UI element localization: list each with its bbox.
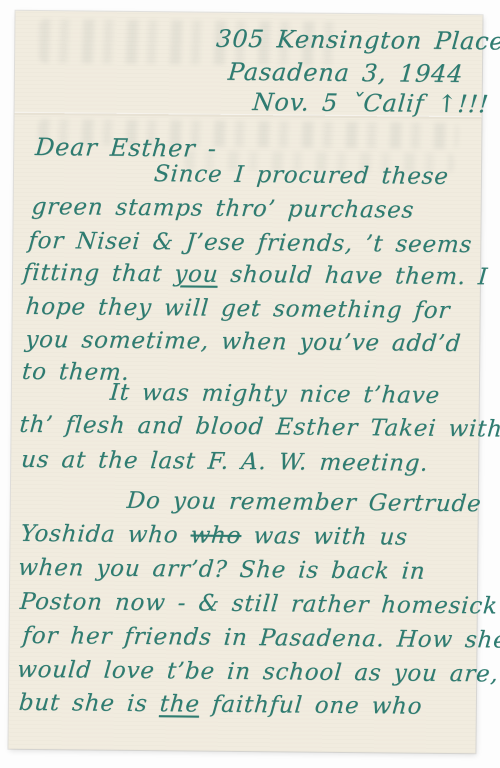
body-line-4-segment: you	[173, 261, 219, 287]
body-line-12-segment: was with us	[240, 523, 409, 551]
body-line-2-segment: green stamps thro’ purchases	[31, 194, 416, 224]
body-line-6: you sometime, when you’ve add’d	[24, 327, 462, 357]
body-line-17: but she is the faithful one who	[18, 690, 424, 720]
body-line-16: would love t’be in school as you are,	[16, 657, 499, 688]
body-line-16-segment: would love t’be in school as you are,	[16, 657, 499, 688]
body-line-6-segment: you sometime, when you’ve add’d	[24, 327, 462, 357]
body-line-11-segment: Do you remember Gertrude	[126, 488, 483, 517]
body-line-14: Poston now - & still rather homesick	[19, 589, 499, 620]
body-line-8: It was mighty nice t’have	[109, 380, 441, 409]
body-line-10: us at the last F. A. W. meeting.	[20, 447, 429, 477]
body-line-11: Do you remember Gertrude	[126, 488, 483, 517]
address-line-1: 305 Kensington Place	[215, 25, 500, 56]
letter-paper: 305 Kensington PlacePasadena 3, 1944Nov.…	[8, 11, 482, 753]
body-line-10-segment: us at the last F. A. W. meeting.	[20, 447, 429, 477]
body-line-17-segment: but she is	[18, 690, 161, 717]
body-line-12-segment: who	[190, 522, 243, 548]
body-line-17-segment: faithful one who	[199, 692, 424, 720]
body-line-15-segment: for her friends in Pasadena. How she	[22, 623, 500, 654]
letter-body: 305 Kensington PlacePasadena 3, 1944Nov.…	[16, 11, 483, 15]
date-line-segment: Nov. 5 ˇCalif ↑!!!	[252, 88, 491, 118]
body-line-4-segment: should have them. I	[217, 262, 489, 291]
scanned-letter-scene: 305 Kensington PlacePasadena 3, 1944Nov.…	[0, 0, 500, 768]
body-line-5: hope they will get something for	[25, 294, 452, 324]
body-line-8-segment: It was mighty nice t’have	[109, 380, 441, 409]
body-line-2: green stamps thro’ purchases	[31, 194, 416, 224]
address-line-2-segment: Pasadena 3, 1944	[227, 58, 465, 88]
salutation: Dear Esther -	[34, 133, 218, 163]
body-line-3-segment: for Nisei & J’ese friends, ’t seems	[27, 228, 473, 258]
body-line-4-segment: fitting that	[22, 260, 175, 287]
body-line-9: th’ flesh and blood Esther Takei with	[19, 412, 500, 443]
body-line-17-segment: the	[159, 691, 201, 717]
address-line-2: Pasadena 3, 1944	[227, 58, 465, 88]
body-line-1: Since I procured these	[153, 161, 450, 190]
body-line-15: for her friends in Pasadena. How she	[22, 623, 500, 654]
body-line-1-segment: Since I procured these	[153, 161, 450, 190]
body-line-5-segment: hope they will get something for	[25, 294, 452, 324]
body-line-4: fitting that you should have them. I	[22, 260, 489, 290]
salutation-segment: Dear Esther -	[34, 133, 218, 163]
body-line-13-segment: when you arr’d? She is back in	[17, 555, 426, 585]
date-line: Nov. 5 ˇCalif ↑!!!	[252, 88, 491, 118]
body-line-9-segment: th’ flesh and blood Esther Takei with	[19, 412, 500, 443]
body-line-12: Yoshida who who was with us	[19, 521, 408, 551]
body-line-12-segment: Yoshida who	[19, 521, 191, 549]
body-line-14-segment: Poston now - & still rather homesick	[19, 589, 499, 620]
body-line-3: for Nisei & J’ese friends, ’t seems	[27, 228, 473, 258]
address-line-1-segment: 305 Kensington Place	[215, 25, 500, 56]
body-line-13: when you arr’d? She is back in	[17, 555, 426, 585]
